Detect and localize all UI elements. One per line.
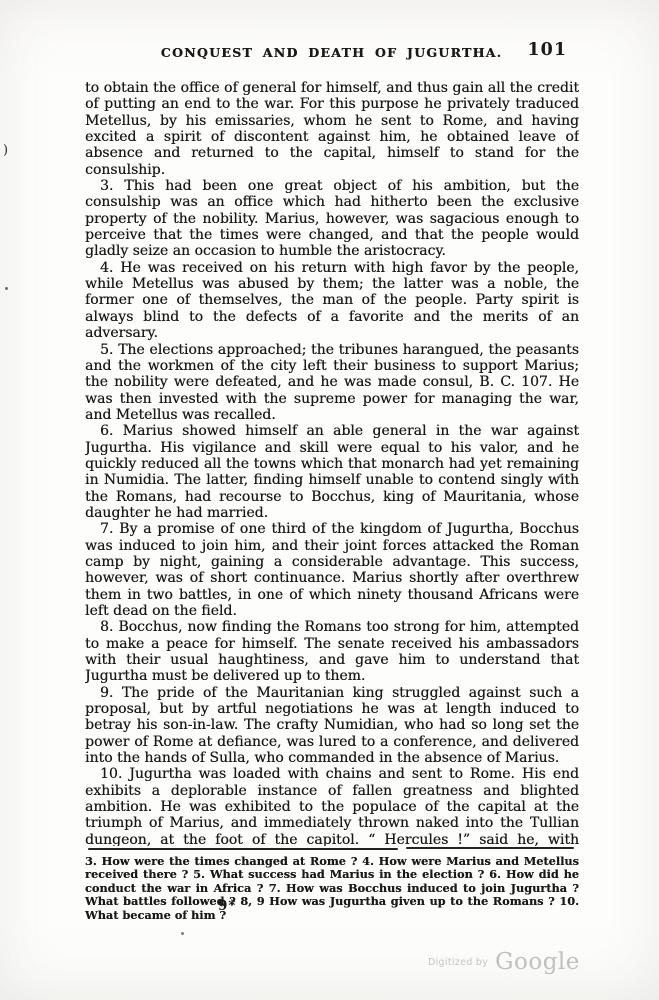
paragraph: to obtain the office of general for hims… xyxy=(85,80,579,178)
paragraph: 4. He was received on his return with hi… xyxy=(85,260,579,342)
google-logo: Google xyxy=(495,949,580,975)
paragraph: 3. This had been one great object of his… xyxy=(85,178,579,260)
scan-artifact-speck xyxy=(559,474,562,477)
page-number: 101 xyxy=(85,40,567,60)
signature-mark: 9* xyxy=(218,898,236,914)
paragraph: 6. Marius showed himself an able general… xyxy=(85,423,579,521)
paragraph: 10. Jugurtha was loaded with chains and … xyxy=(85,766,579,846)
watermark: Digitized by Google xyxy=(428,949,580,975)
scan-artifact-speck xyxy=(5,287,8,290)
paragraph: 7. By a promise of one third of the king… xyxy=(85,521,579,619)
digitized-by-label: Digitized by xyxy=(428,957,488,968)
footnote-rule-left-segment xyxy=(88,848,398,850)
footnote-questions: 3. How were the times changed at Rome ? … xyxy=(85,855,579,922)
footnote-rule xyxy=(88,848,574,850)
footnote-rule-right-segment xyxy=(406,847,574,849)
paragraph: 9. The pride of the Mauritanian king str… xyxy=(85,685,579,767)
scan-artifact-paren: ) xyxy=(3,143,8,158)
book-page: CONQUEST AND DEATH OF JUGURTHA. 101 to o… xyxy=(0,0,659,1000)
paragraph: 5. The elections approached; the tribune… xyxy=(85,342,579,424)
paragraph: 8. Bocchus, now finding the Romans too s… xyxy=(85,619,579,684)
body-text: to obtain the office of general for hims… xyxy=(85,80,579,846)
scan-artifact-speck xyxy=(181,932,184,935)
